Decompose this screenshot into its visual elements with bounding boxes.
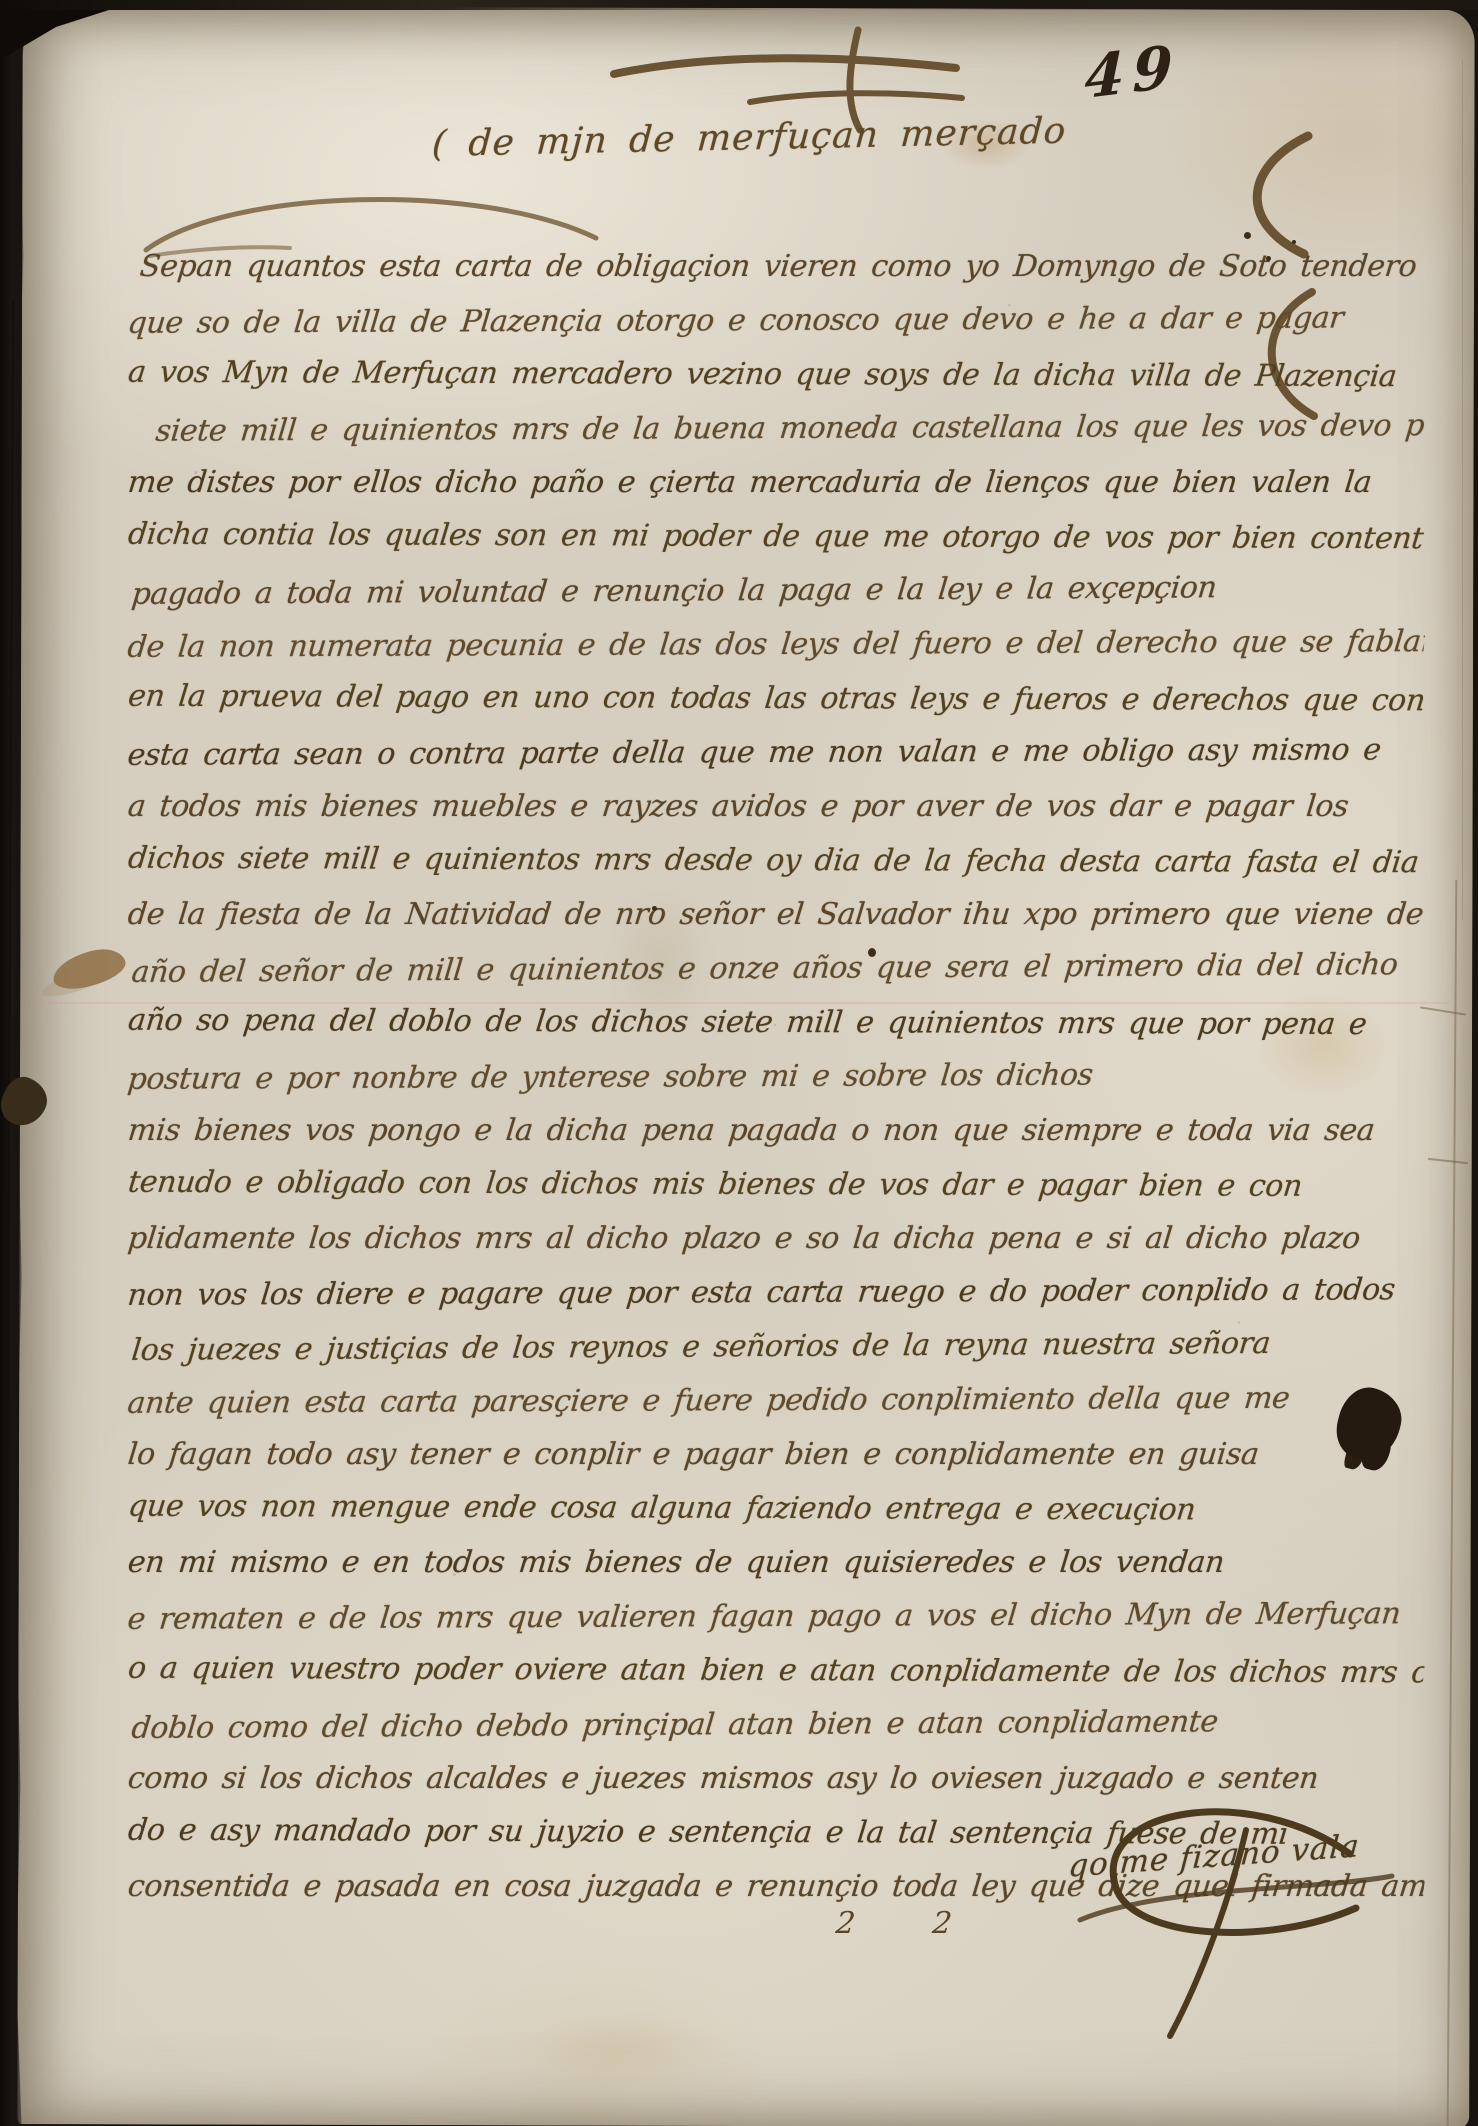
manuscript-line: que so de la villa de Plazençia otorgo e… (125, 291, 1427, 351)
manuscript-line: ante quien esta carta paresçiere e fuere… (125, 1371, 1427, 1431)
manuscript-line: año del señor de mill e quinientos e onz… (129, 938, 1431, 1000)
manuscript-line: doblo como del dicho debdo prinçipal ata… (129, 1694, 1431, 1756)
page-top-edge-shadow (0, 0, 1478, 10)
manuscript-line: a vos Myn de Merfuçan mercadero vezino q… (125, 346, 1426, 405)
manuscript-line: Sepan quantos esta carta de obligaçion v… (125, 240, 1427, 294)
manuscript-line: en la prueva del pago en uno con todas l… (125, 670, 1426, 729)
manuscript-line: esta carta sean o contra parte della que… (125, 723, 1427, 783)
manuscript-line: los juezes e justiçias de los reynos e s… (129, 1316, 1431, 1378)
manuscript-line: dicha contia los quales son en mi poder … (125, 508, 1426, 567)
manuscript-line: mis bienes vos pongo e la dicha pena pag… (125, 1104, 1427, 1158)
manuscript-line: siete mill e quinientos mrs de la buena … (125, 399, 1427, 459)
signature-rubric-flourish (1020, 1790, 1420, 2050)
manuscript-photo: { "document": { "kind": "manuscript-page… (0, 0, 1478, 2126)
ink-speck (868, 948, 876, 957)
manuscript-line: de la non numerata pecunia e de las dos … (125, 615, 1427, 675)
manuscript-line: a todos mis bienes muebles e rayzes avid… (125, 780, 1427, 834)
manuscript-line: tenudo e obligado con los dichos mis bie… (125, 1156, 1426, 1215)
manuscript-line: en mi mismo e en todos mis bienes de qui… (125, 1536, 1427, 1590)
manuscript-line: lo fagan todo asy tener e conplir e paga… (125, 1428, 1427, 1482)
manuscript-line: o a quien vuestro poder oviere atan bien… (125, 1642, 1426, 1701)
ink-speck (1292, 240, 1296, 244)
manuscript-line: dichos siete mill e quinientos mrs desde… (125, 832, 1426, 891)
manuscript-line: me distes por ellos dicho paño e çierta … (125, 456, 1427, 510)
manuscript-line: de la fiesta de la Natividad de nro seño… (125, 888, 1427, 942)
ink-speck (1266, 256, 1271, 261)
manuscript-line: postura e por nonbre de ynterese sobre m… (125, 1047, 1427, 1107)
page-right-edge-line (1462, 60, 1463, 920)
manuscript-line: pagado a toda mi voluntad e renunçio la … (129, 560, 1431, 622)
manuscript-line: plidamente los dichos mrs al dicho plazo… (125, 1212, 1427, 1266)
correction-marks: 2 2 (834, 1906, 987, 1941)
manuscript-line: e rematen e de los mrs que valieren faga… (125, 1587, 1427, 1647)
manuscript-line: que vos non mengue ende cosa alguna fazi… (125, 1480, 1426, 1539)
manuscript-line: año so pena del doblo de los dichos siet… (125, 994, 1426, 1053)
ink-speck (1244, 232, 1251, 239)
ink-speck (652, 906, 657, 911)
manuscript-line: non vos los diere e pagare que por esta … (125, 1263, 1427, 1323)
manuscript-body: Sepan quantos esta carta de obligaçion v… (128, 240, 1424, 1940)
